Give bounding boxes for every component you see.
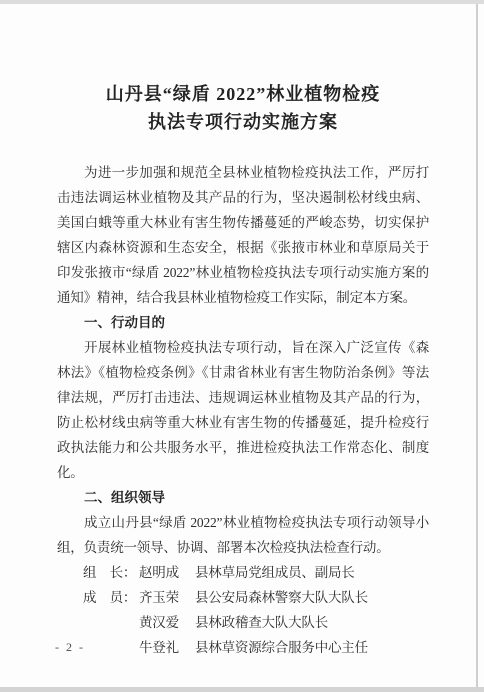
section-1-heading: 一、行动目的 [57,310,429,335]
scanned-document-page: 山丹县“绿盾 2022”林业植物检疫 执法专项行动实施方案 为进一步加强和规范全… [0,0,484,692]
roster-row-member: 成 员： 齐玉荣 县公安局森林警察大队大队长 [83,585,429,610]
roster-row-leader: 组 长： 赵明成 县林草局党组成员、副局长 [83,560,429,585]
scan-page-edge-line [476,4,478,687]
section-1-body: 开展林业植物检疫执法专项行动，旨在深入广泛宣传《森林法》《植物检疫条例》《甘肃省… [57,335,429,485]
roster-title: 县林草资源综合服务中心主任 [195,635,429,660]
roster-role [83,635,139,660]
roster-name: 牛登礼 [139,635,181,660]
roster-title: 县林政稽查大队大队长 [195,610,429,635]
roster-title: 县林草局党组成员、副局长 [195,560,429,585]
roster-name: 赵明成 [139,560,181,585]
roster-name: 黄汉爱 [139,610,181,635]
roster-title: 县公安局森林警察大队大队长 [195,585,429,610]
roster-role: 成 员： [83,585,139,610]
title-line-1: 山丹县“绿盾 2022”林业植物检疫 [57,80,429,108]
document-content: 山丹县“绿盾 2022”林业植物检疫 执法专项行动实施方案 为进一步加强和规范全… [57,80,429,660]
roster-row-member: 黄汉爱 县林政稽查大队大队长 [83,610,429,635]
roster-role [83,610,139,635]
section-2-heading: 二、组织领导 [57,485,429,510]
intro-paragraph: 为进一步加强和规范全县林业植物检疫执法工作，严厉打击违法调运林业植物及其产品的行… [57,160,429,310]
scan-edge-bottom [0,687,484,692]
section-2-body: 成立山丹县“绿盾 2022”林业植物检疫执法专项行动领导小组，负责统一领导、协调… [57,510,429,560]
roster-row-member: 牛登礼 县林草资源综合服务中心主任 [83,635,429,660]
title-line-2: 执法专项行动实施方案 [57,108,429,136]
page-number: - 2 - [55,640,85,655]
scan-edge-top [0,0,484,4]
roster-role: 组 长： [83,560,139,585]
leadership-roster: 组 长： 赵明成 县林草局党组成员、副局长 成 员： 齐玉荣 县公安局森林警察大… [57,560,429,660]
roster-name: 齐玉荣 [139,585,181,610]
document-title: 山丹县“绿盾 2022”林业植物检疫 执法专项行动实施方案 [57,80,429,136]
